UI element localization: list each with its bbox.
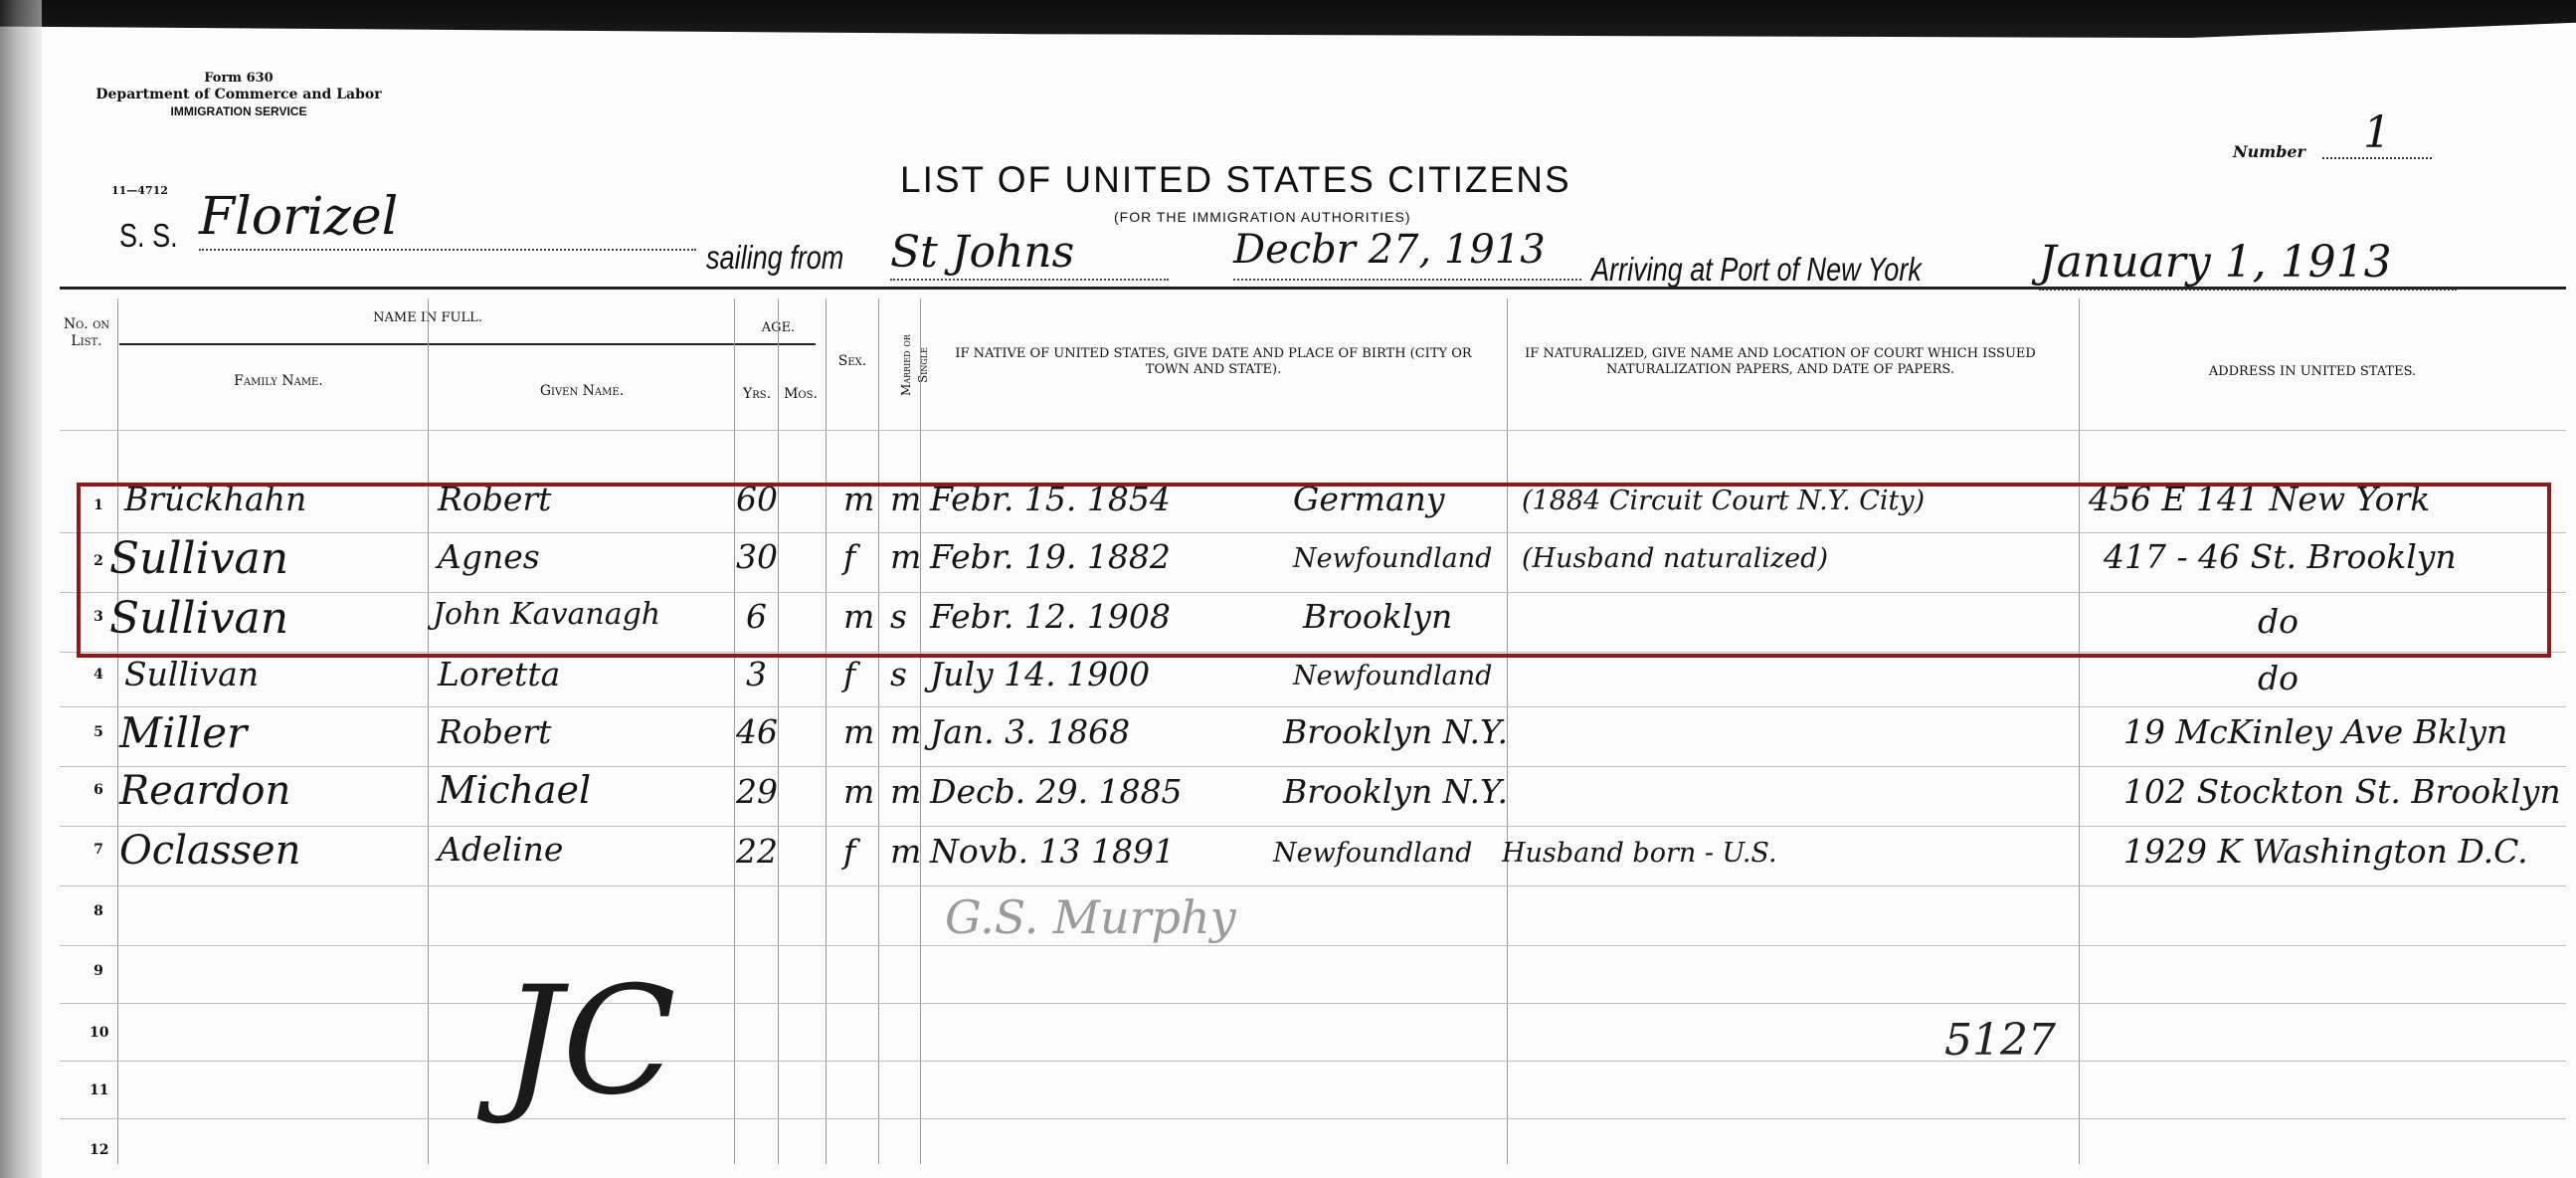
birth-date: Decb. 29. 1885	[930, 772, 1183, 811]
document-subtitle: (FOR THE IMMIGRATION AUTHORITIES)	[1114, 209, 1410, 225]
naturalization: Husband born - U.S.	[1502, 838, 1777, 869]
age: 3	[746, 655, 767, 693]
address: 1929 K Washington D.C.	[2123, 832, 2528, 871]
birth-place: Brooklyn N.Y.	[1283, 772, 1508, 811]
row-number: 10	[90, 1025, 107, 1041]
service-name: IMMIGRATION SERVICE	[80, 103, 398, 120]
highlight-box	[77, 483, 2551, 658]
sailing-from-label: sailing from	[706, 239, 843, 277]
department-name: Department of Commerce and Labor	[80, 87, 398, 103]
grid-line	[428, 298, 429, 1164]
row-number: 8	[90, 903, 107, 919]
port-of-departure: St Johns	[890, 227, 1169, 281]
arriving-label: Arriving at Port of New York	[1591, 251, 1922, 289]
col-birth: IF NATIVE OF UNITED STATES, GIVE DATE AN…	[955, 346, 1472, 378]
col-sex: Sex.	[828, 353, 877, 370]
address: 19 McKinley Ave Bklyn	[2123, 712, 2507, 751]
departure-date: Decbr 27, 1913	[1233, 227, 1581, 281]
document-title: LIST OF UNITED STATES CITIZENS	[900, 159, 1571, 201]
col-given-name: Given Name.	[448, 383, 716, 400]
birth-place: Newfoundland	[1293, 661, 1492, 691]
sex: m	[843, 712, 874, 751]
given-name: Robert	[438, 712, 551, 751]
age: 22	[736, 832, 778, 871]
arrival-date: January 1, 1913	[2039, 237, 2457, 291]
grid-line	[60, 430, 2566, 431]
given-name: Michael	[438, 768, 591, 812]
col-family-name: Family Name.	[129, 373, 428, 390]
given-name: Loretta	[438, 655, 560, 693]
sex: m	[843, 772, 874, 811]
form-header-block: Form 630 Department of Commerce and Labo…	[80, 70, 398, 120]
marital-status: s	[890, 655, 907, 693]
grid-line	[778, 298, 779, 1164]
row-number: 4	[90, 667, 107, 683]
sex: f	[843, 655, 855, 693]
col-married-single: Married or Single	[898, 315, 932, 415]
col-age-yrs: Yrs.	[736, 386, 778, 403]
list-number-label: Number	[2233, 142, 2305, 161]
grid-line	[878, 298, 879, 1164]
grid-line	[60, 766, 2566, 767]
row-number: 9	[90, 963, 107, 979]
family-name: Sullivan	[124, 655, 259, 693]
marital-status: m	[890, 832, 921, 871]
grid-line	[60, 1061, 2566, 1062]
scan-left-edge	[0, 0, 42, 1178]
grid-line	[60, 826, 2566, 827]
grid-line	[60, 885, 2566, 886]
marital-status: m	[890, 712, 921, 751]
grid-line	[60, 945, 2566, 946]
grid-line	[60, 1003, 2566, 1004]
row-number: 11	[90, 1082, 107, 1098]
age: 29	[736, 772, 778, 811]
age: 46	[736, 712, 778, 751]
col-age-mos: Mos.	[780, 386, 822, 403]
officer-signature: G.S. Murphy	[945, 890, 1236, 944]
family-name: Reardon	[119, 768, 290, 814]
row-number: 12	[90, 1142, 107, 1158]
address: do	[2258, 659, 2299, 697]
birth-place: Brooklyn N.Y.	[1283, 712, 1508, 751]
given-name: Adeline	[438, 830, 563, 869]
handwritten-initials: JC	[502, 955, 676, 1128]
form-code: 11—4712	[111, 184, 168, 197]
col-address: ADDRESS IN UNITED STATES.	[2079, 364, 2546, 380]
grid-line	[826, 298, 827, 1164]
family-name: Miller	[119, 708, 247, 757]
sex: f	[843, 832, 855, 871]
grid-line	[60, 1118, 2566, 1119]
row-number: 6	[90, 782, 107, 798]
col-no-on-list: No. on List.	[62, 316, 111, 350]
address: 102 Stockton St. Brooklyn	[2123, 772, 2561, 811]
grid-line	[60, 706, 2566, 707]
grid-line	[734, 298, 735, 1164]
birth-place: Newfoundland	[1273, 838, 1472, 869]
grid-line	[117, 298, 118, 1164]
ship-name: Florizel	[199, 187, 696, 251]
name-subrule	[119, 343, 816, 345]
birth-date: Novb. 13 1891	[930, 832, 1175, 871]
row-number: 7	[90, 842, 107, 858]
stamp-number: 5127	[1944, 1015, 2056, 1066]
col-naturalized: IF NATURALIZED, GIVE NAME AND LOCATION O…	[1512, 346, 2049, 378]
grid-line	[2079, 298, 2080, 1164]
list-number-value: 1	[2322, 107, 2432, 159]
birth-date: Jan. 3. 1868	[930, 712, 1130, 751]
marital-status: m	[890, 772, 921, 811]
form-number: Form 630	[80, 70, 398, 87]
header-rule	[60, 287, 2566, 290]
ss-label: S. S.	[119, 217, 178, 255]
row-number: 5	[90, 724, 107, 740]
family-name: Oclassen	[119, 828, 300, 874]
birth-date: July 14. 1900	[930, 655, 1150, 693]
